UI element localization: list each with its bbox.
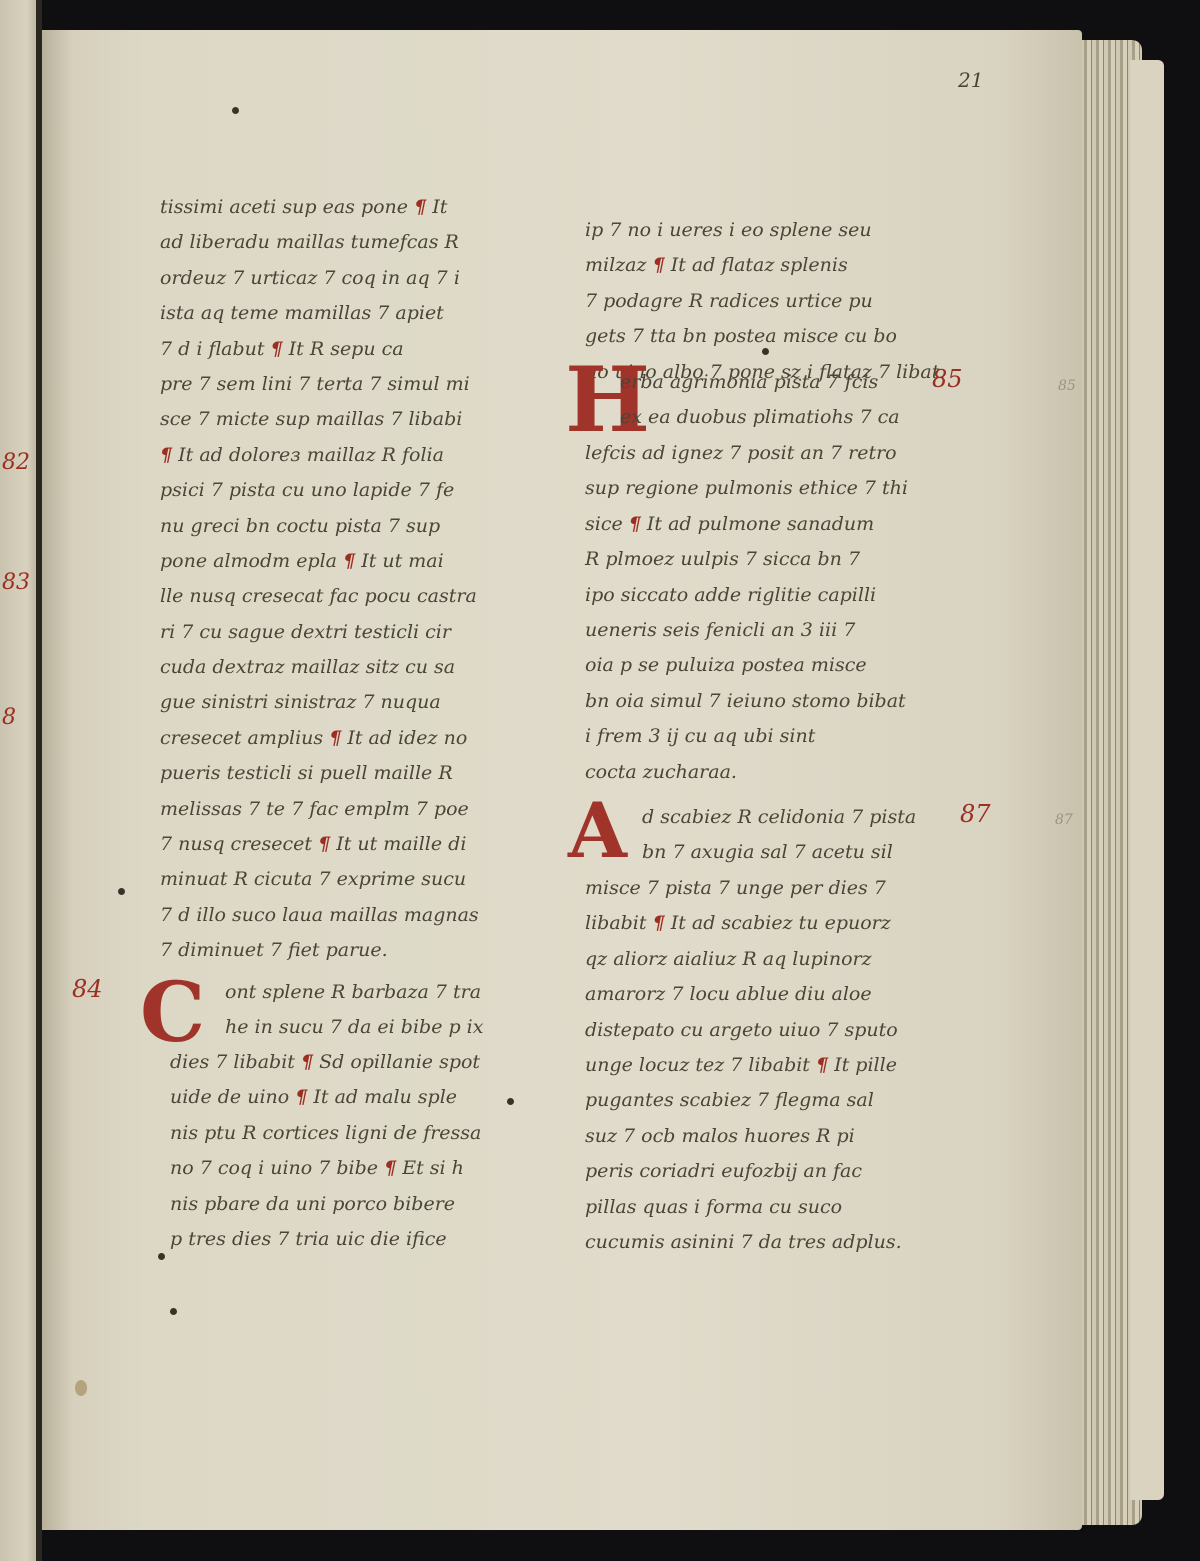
text-line: uide de uino ¶ It ad malu sple <box>170 1080 481 1115</box>
text-line: tissimi aceti sup eas pone ¶ It <box>160 190 479 225</box>
text-line: pugantes scabiez 7 flegma sal <box>585 1083 902 1118</box>
worm-hole <box>158 1253 165 1260</box>
left-margin-number-8: 8 <box>2 705 16 730</box>
text-line: unge locuz tez 7 libabit ¶ It pille <box>585 1048 902 1083</box>
page-edge-cap <box>1130 60 1164 1500</box>
section-84-text: ont splene R barbaza 7 tra he in sucu 7 … <box>225 975 483 1046</box>
text-line: pre 7 sem lini 7 terta 7 simul mi <box>160 367 479 402</box>
text-line: pillas quas i forma cu suco <box>585 1190 902 1225</box>
decorated-initial-a: A <box>568 793 627 869</box>
text-line: lefcis ad ignez 7 posit an 7 retro <box>585 436 908 471</box>
text-line: gue sinistri sinistraz 7 nuqua <box>160 685 479 720</box>
folio-number: 21 <box>958 68 983 92</box>
text-line: lle nusq cresecat fac pocu castra <box>160 579 479 614</box>
text-line: erba agrimonia pista 7 fcis <box>620 365 900 400</box>
text-line: dies 7 libabit ¶ Sd opillanie spot <box>170 1045 481 1080</box>
worm-hole <box>118 888 125 895</box>
decorated-initial-c: C <box>140 972 205 1054</box>
text-line: ont splene R barbaza 7 tra <box>225 975 483 1010</box>
text-line: no 7 coq i uino 7 bibe ¶ Et si h <box>170 1151 481 1186</box>
left-column-text: tissimi aceti sup eas pone ¶ It ad liber… <box>160 190 479 969</box>
text-line: 7 nusq cresecet ¶ It ut maille di <box>160 827 479 862</box>
text-line: cuda dextraz maillaz sitz cu sa <box>160 650 479 685</box>
text-line: cresecet amplius ¶ It ad idez no <box>160 721 479 756</box>
text-line: psici 7 pista cu uno lapide 7 fe <box>160 473 479 508</box>
section-87-text-a: d scabiez R celidonia 7 pista bn 7 axugi… <box>642 800 916 871</box>
text-line: ista aq teme mamillas 7 apiet <box>160 296 479 331</box>
text-line: sce 7 micte sup maillas 7 libabi <box>160 402 479 437</box>
stain <box>75 1380 87 1396</box>
text-line: nis ptu R cortices ligni de fressa <box>170 1116 481 1151</box>
text-line: p tres dies 7 tria uic die ifice <box>170 1222 481 1257</box>
text-line: bn 7 axugia sal 7 acetu sil <box>642 835 916 870</box>
worm-hole <box>232 107 239 114</box>
text-line: distepato cu argeto uiuo 7 sputo <box>585 1013 902 1048</box>
text-line: 7 d illo suco laua maillas magnas <box>160 898 479 933</box>
text-line: melissas 7 te 7 fac emplm 7 poe <box>160 792 479 827</box>
text-line: ex ea duobus plimatiohs 7 ca <box>620 400 900 435</box>
text-line: pone almodm epla ¶ It ut mai <box>160 544 479 579</box>
text-line: ipo siccato adde riglitie capilli <box>585 578 908 613</box>
text-line: peris coriadri eufozbij an fac <box>585 1154 902 1189</box>
worm-hole <box>170 1308 177 1315</box>
text-line: qz aliorz aialiuz R aq lupinorz <box>585 942 902 977</box>
text-line: nis pbare da uni porco bibere <box>170 1187 481 1222</box>
text-line: ¶ It ad doloreз maillaz R folia <box>160 438 479 473</box>
text-line: ueneris seis fenicli an 3 iii 7 <box>585 613 908 648</box>
section-85-text-a: erba agrimonia pista 7 fcis ex ea duobus… <box>620 365 900 436</box>
section-84-text-cont: dies 7 libabit ¶ Sd opillanie spot uide … <box>170 1045 481 1257</box>
text-line: he in sucu 7 da ei bibe p ix <box>225 1010 483 1045</box>
text-line: ri 7 cu sague dextri testicli cir <box>160 615 479 650</box>
text-line: 7 diminuet 7 fiet parue. <box>160 933 479 968</box>
text-line: milzaz ¶ It ad flataz splenis <box>585 248 945 283</box>
text-line: R plmoez uulpis 7 sicca bn 7 <box>585 542 908 577</box>
text-line: misce 7 pista 7 unge per dies 7 <box>585 871 902 906</box>
text-line: bn oia simul 7 ieiuno stomo bibat <box>585 684 908 719</box>
text-line: minuat R cicuta 7 exprime sucu <box>160 862 479 897</box>
text-line: cocta zucharaa. <box>585 755 908 790</box>
text-line: 7 podagre R radices urtice pu <box>585 284 945 319</box>
section-87-text-b: misce 7 pista 7 unge per dies 7 libabit … <box>585 871 902 1260</box>
pencil-number-87: 87 <box>1055 812 1073 828</box>
margin-number-85: 85 <box>932 365 963 393</box>
text-line: 7 d i flabut ¶ It R sepu ca <box>160 332 479 367</box>
worm-hole <box>507 1098 514 1105</box>
text-line: sice ¶ It ad pulmone sanadum <box>585 507 908 542</box>
text-line: i frem 3 ij cu aq ubi sint <box>585 719 908 754</box>
text-line: suz 7 ocb malos huores R pi <box>585 1119 902 1154</box>
text-line: d scabiez R celidonia 7 pista <box>642 800 916 835</box>
text-line: cucumis asinini 7 da tres adplus. <box>585 1225 902 1260</box>
text-line: pueris testicli si puell maille R <box>160 756 479 791</box>
text-line: ad liberadu maillas tumefcas R <box>160 225 479 260</box>
left-margin-number-83: 83 <box>2 570 30 595</box>
text-line: libabit ¶ It ad scabiez tu epuorz <box>585 906 902 941</box>
text-line: oia p se puluiza postea misce <box>585 648 908 683</box>
left-margin-number-82: 82 <box>2 450 30 475</box>
text-line: nu greci bn coctu pista 7 sup <box>160 509 479 544</box>
text-line: amarorz 7 locu ablue diu aloe <box>585 977 902 1012</box>
previous-page-edge <box>0 0 38 1561</box>
pencil-number-85: 85 <box>1058 378 1076 394</box>
section-85-text-b: lefcis ad ignez 7 posit an 7 retro sup r… <box>585 436 908 790</box>
text-line: ordeuz 7 urticaz 7 coq in aq 7 i <box>160 261 479 296</box>
margin-number-84: 84 <box>72 975 103 1003</box>
margin-number-87: 87 <box>960 800 991 828</box>
text-line: sup regione pulmonis ethice 7 thi <box>585 471 908 506</box>
text-line: ip 7 no i ueres i eo splene seu <box>585 213 945 248</box>
